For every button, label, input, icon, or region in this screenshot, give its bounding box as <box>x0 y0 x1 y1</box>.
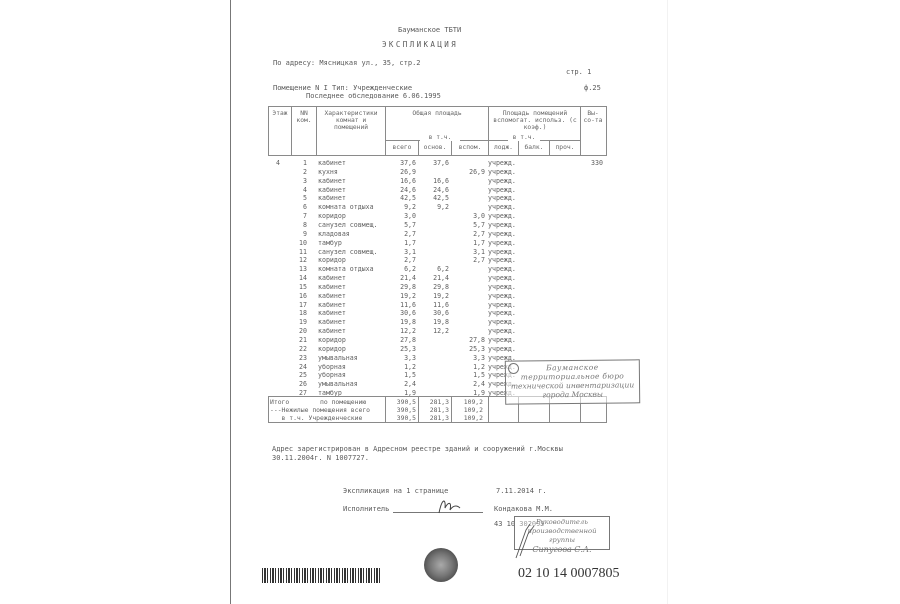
cell-total: 19,2 <box>385 292 416 301</box>
cell-total: 3,0 <box>385 212 416 221</box>
cell-aux: 1,5 <box>452 371 485 380</box>
cell-total: 21,4 <box>385 274 416 283</box>
cell-room-no: 10 <box>291 239 307 248</box>
cell-name: кладовая <box>318 230 350 239</box>
col-balcony: балк. <box>519 144 549 151</box>
table-row: 17кабинет11,611,6учрежд. <box>268 301 608 310</box>
stamp-circle-mark <box>508 363 519 374</box>
cell-total: 3,3 <box>385 354 416 363</box>
col-aux: вспом. <box>452 144 488 151</box>
cell-use: учрежд. <box>488 248 516 257</box>
cell-total: 37,6 <box>385 159 416 168</box>
cell-aux: 5,7 <box>452 221 485 230</box>
cell-main: 21,4 <box>418 274 449 283</box>
cell-room-no: 6 <box>291 203 307 212</box>
col-main: основ. <box>419 144 451 151</box>
cell-name: кабинет <box>318 292 346 301</box>
cell-total: 11,6 <box>385 301 416 310</box>
cell-name: кабинет <box>318 186 346 195</box>
totals-label: ---Нежилые помещения всего <box>270 406 370 414</box>
cell-aux: 1,7 <box>452 239 485 248</box>
cell-room-no: 21 <box>291 336 307 345</box>
cell-name: кабинет <box>318 177 346 186</box>
totals-aux: 109,2 <box>452 406 483 414</box>
totals-label: в т.ч. Учрежденческие <box>270 414 362 422</box>
totals-main: 281,3 <box>418 406 449 414</box>
cell-name: кабинет <box>318 274 346 283</box>
table-row: 3кабинет16,616,6учрежд. <box>268 177 608 186</box>
cell-main: 30,6 <box>418 309 449 318</box>
cell-room-no: 16 <box>291 292 307 301</box>
cell-height: 330 <box>591 159 603 168</box>
col-floor: Этаж <box>269 110 291 117</box>
registry-note-line1: Адрес зарегистрирован в Адресном реестре… <box>272 445 563 453</box>
cell-use: учрежд. <box>488 203 516 212</box>
table-row: 6комната отдыха9,29,2учрежд. <box>268 203 608 212</box>
address: По адресу: Мясницкая ул., 35, стр.2 <box>273 59 421 67</box>
cell-main: 29,8 <box>418 283 449 292</box>
cell-main: 19,2 <box>418 292 449 301</box>
table-row: 10тамбур1,71,7учрежд. <box>268 239 608 248</box>
cell-total: 1,2 <box>385 363 416 372</box>
cell-total: 25,3 <box>385 345 416 354</box>
cell-main: 37,6 <box>418 159 449 168</box>
cell-name: кабинет <box>318 318 346 327</box>
table-row: 4кабинет24,624,6учрежд. <box>268 186 608 195</box>
cell-room-no: 24 <box>291 363 307 372</box>
table-row: 13комната отдыха6,26,2учрежд. <box>268 265 608 274</box>
cell-room-no: 15 <box>291 283 307 292</box>
cell-room-no: 1 <box>291 159 307 168</box>
cell-name: умывальная <box>318 380 358 389</box>
cell-room-no: 13 <box>291 265 307 274</box>
cell-total: 24,6 <box>385 186 416 195</box>
cell-use: учрежд. <box>488 345 516 354</box>
cell-room-no: 3 <box>291 177 307 186</box>
table-row: 8санузел совмещ.5,75,7учрежд. <box>268 221 608 230</box>
totals-aux: 109,2 <box>452 414 483 422</box>
cell-aux: 1,2 <box>452 363 485 372</box>
cell-use: учрежд. <box>488 283 516 292</box>
page-number: стр. 1 <box>566 68 591 76</box>
cell-name: тамбур <box>318 239 342 248</box>
cell-name: умывальная <box>318 354 358 363</box>
cell-use: учрежд. <box>488 221 516 230</box>
table-row: 15кабинет29,829,8учрежд. <box>268 283 608 292</box>
last-survey: Последнее обследование 6.06.1995 <box>306 92 441 100</box>
hologram-seal-icon <box>424 548 458 582</box>
cell-room-no: 26 <box>291 380 307 389</box>
org-name: Бауманское ТБТИ <box>398 26 461 34</box>
cell-name: кабинет <box>318 301 346 310</box>
cell-aux: 3,1 <box>452 248 485 257</box>
bti-stamp: Бауманское территориальное бюро техничес… <box>505 359 640 404</box>
cell-room-no: 8 <box>291 221 307 230</box>
page-left-edge <box>230 0 231 604</box>
cell-room-no: 19 <box>291 318 307 327</box>
document-number: 02 10 14 0007805 <box>518 566 620 582</box>
cell-aux: 3,3 <box>452 354 485 363</box>
executor-label: Исполнитель <box>343 505 389 513</box>
cell-name: комната отдыха <box>318 203 374 212</box>
cell-name: коридор <box>318 345 346 354</box>
cell-name: кабинет <box>318 327 346 336</box>
cell-room-no: 2 <box>291 168 307 177</box>
col-total-area: Общая площадь <box>386 110 488 117</box>
issue-date: 7.11.2014 г. <box>496 487 547 495</box>
col-total: всего <box>386 144 418 151</box>
cell-total: 1,7 <box>385 239 416 248</box>
totals-main: 281,3 <box>418 414 449 422</box>
cell-room-no: 23 <box>291 354 307 363</box>
cell-use: учрежд. <box>488 159 516 168</box>
cell-use: учрежд. <box>488 327 516 336</box>
cell-total: 12,2 <box>385 327 416 336</box>
totals-row: в т.ч. Учрежденческие390,5281,3109,2 <box>268 414 608 422</box>
table-row: 20кабинет12,212,2учрежд. <box>268 327 608 336</box>
form-number: ф.25 <box>584 84 601 92</box>
cell-aux: 27,8 <box>452 336 485 345</box>
cell-main: 6,2 <box>418 265 449 274</box>
table-row: 5кабинет42,542,5учрежд. <box>268 194 608 203</box>
cell-total: 42,5 <box>385 194 416 203</box>
cell-use: учрежд. <box>488 265 516 274</box>
cell-main: 19,8 <box>418 318 449 327</box>
totals-main: 281,3 <box>418 398 449 406</box>
col-incl: в т.ч. <box>420 134 460 141</box>
cell-room-no: 9 <box>291 230 307 239</box>
cell-name: уборная <box>318 371 346 380</box>
cell-room-no: 11 <box>291 248 307 257</box>
cell-use: учрежд. <box>488 256 516 265</box>
cell-total: 2,7 <box>385 230 416 239</box>
cell-aux: 2,4 <box>452 380 485 389</box>
col-aux-area: Площадь помещений вспомогат. использ. (с… <box>490 110 580 131</box>
cell-use: учрежд. <box>488 274 516 283</box>
col-characteristics: Характеристики комнат и помещений <box>318 110 384 131</box>
cell-name: кабинет <box>318 194 346 203</box>
cell-total: 26,9 <box>385 168 416 177</box>
col-incl-2: в т.ч. <box>508 134 540 141</box>
cell-main: 16,6 <box>418 177 449 186</box>
cell-room-no: 22 <box>291 345 307 354</box>
cell-main: 24,6 <box>418 186 449 195</box>
signature-icon <box>436 496 462 516</box>
totals-label: Итого по помещению <box>270 398 366 406</box>
totals-total: 390,5 <box>385 414 416 422</box>
stamp-signature-icon <box>512 520 536 560</box>
cell-room-no: 7 <box>291 212 307 221</box>
cell-total: 9,2 <box>385 203 416 212</box>
cell-total: 29,8 <box>385 283 416 292</box>
table-row: 41кабинет37,637,6учрежд.330 <box>268 159 608 168</box>
totals-aux: 109,2 <box>452 398 483 406</box>
pages-count: Экспликация на 1 странице <box>343 487 448 495</box>
col-room-no: NN ком. <box>292 110 316 124</box>
table-row: 12коридор2,72,7учрежд. <box>268 256 608 265</box>
executor-name: Кондакова М.М. <box>494 505 553 513</box>
cell-name: кабинет <box>318 283 346 292</box>
totals-total: 390,5 <box>385 398 416 406</box>
cell-name: кабинет <box>318 309 346 318</box>
page-right-edge <box>667 0 668 604</box>
cell-name: уборная <box>318 363 346 372</box>
cell-aux: 2,7 <box>452 230 485 239</box>
cell-total: 6,2 <box>385 265 416 274</box>
cell-use: учрежд. <box>488 177 516 186</box>
table-row: 14кабинет21,421,4учрежд. <box>268 274 608 283</box>
cell-total: 2,7 <box>385 256 416 265</box>
cell-room-no: 4 <box>291 186 307 195</box>
cell-room-no: 20 <box>291 327 307 336</box>
cell-use: учрежд. <box>488 212 516 221</box>
cell-total: 5,7 <box>385 221 416 230</box>
col-height: Вы-со-та <box>583 110 603 124</box>
cell-total: 30,6 <box>385 309 416 318</box>
cell-use: учрежд. <box>488 186 516 195</box>
totals-total: 390,5 <box>385 406 416 414</box>
cell-total: 27,8 <box>385 336 416 345</box>
table-row: 9кладовая2,72,7учрежд. <box>268 230 608 239</box>
premise-info: Помещение N I Тип: Учрежденческие <box>273 84 412 92</box>
cell-aux: 25,3 <box>452 345 485 354</box>
cell-use: учрежд. <box>488 230 516 239</box>
cell-total: 1,5 <box>385 371 416 380</box>
table-row: 16кабинет19,219,2учрежд. <box>268 292 608 301</box>
table-row: 22коридор25,325,3учрежд. <box>268 345 608 354</box>
cell-room-no: 14 <box>291 274 307 283</box>
registry-note-line2: 30.11.2004г. N 1007727. <box>272 454 369 462</box>
cell-total: 19,8 <box>385 318 416 327</box>
table-row: 19кабинет19,819,8учрежд. <box>268 318 608 327</box>
cell-aux: 26,9 <box>452 168 485 177</box>
cell-use: учрежд. <box>488 309 516 318</box>
cell-use: учрежд. <box>488 239 516 248</box>
cell-use: учрежд. <box>488 336 516 345</box>
cell-name: комната отдыха <box>318 265 374 274</box>
cell-room-no: 17 <box>291 301 307 310</box>
cell-total: 2,4 <box>385 380 416 389</box>
cell-use: учрежд. <box>488 168 516 177</box>
table-row: 11санузел совмещ.3,13,1учрежд. <box>268 248 608 257</box>
cell-use: учрежд. <box>488 292 516 301</box>
cell-room-no: 18 <box>291 309 307 318</box>
cell-room-no: 25 <box>291 371 307 380</box>
cell-main: 11,6 <box>418 301 449 310</box>
cell-use: учрежд. <box>488 194 516 203</box>
cell-total: 16,6 <box>385 177 416 186</box>
cell-name: коридор <box>318 256 346 265</box>
cell-name: коридор <box>318 336 346 345</box>
col-loggia: лодж. <box>489 144 518 151</box>
cell-total: 3,1 <box>385 248 416 257</box>
cell-room-no: 12 <box>291 256 307 265</box>
totals-row: ---Нежилые помещения всего390,5281,3109,… <box>268 406 608 414</box>
cell-name: кабинет <box>318 159 346 168</box>
cell-floor: 4 <box>276 159 280 168</box>
cell-name: санузел совмещ. <box>318 221 378 230</box>
cell-aux: 3,0 <box>452 212 485 221</box>
cell-main: 42,5 <box>418 194 449 203</box>
table-row: 21коридор27,827,8учрежд. <box>268 336 608 345</box>
table-row: 18кабинет30,630,6учрежд. <box>268 309 608 318</box>
cell-main: 12,2 <box>418 327 449 336</box>
col-other: проч. <box>550 144 580 151</box>
cell-name: коридор <box>318 212 346 221</box>
cell-name: санузел совмещ. <box>318 248 378 257</box>
table-row: 2кухня26,926,9учрежд. <box>268 168 608 177</box>
cell-name: кухня <box>318 168 338 177</box>
cell-main: 9,2 <box>418 203 449 212</box>
table-row: 7коридор3,03,0учрежд. <box>268 212 608 221</box>
barcode <box>262 568 380 583</box>
cell-aux: 2,7 <box>452 256 485 265</box>
document-title: ЭКСПЛИКАЦИЯ <box>382 41 458 49</box>
cell-use: учрежд. <box>488 318 516 327</box>
cell-room-no: 5 <box>291 194 307 203</box>
cell-use: учрежд. <box>488 301 516 310</box>
